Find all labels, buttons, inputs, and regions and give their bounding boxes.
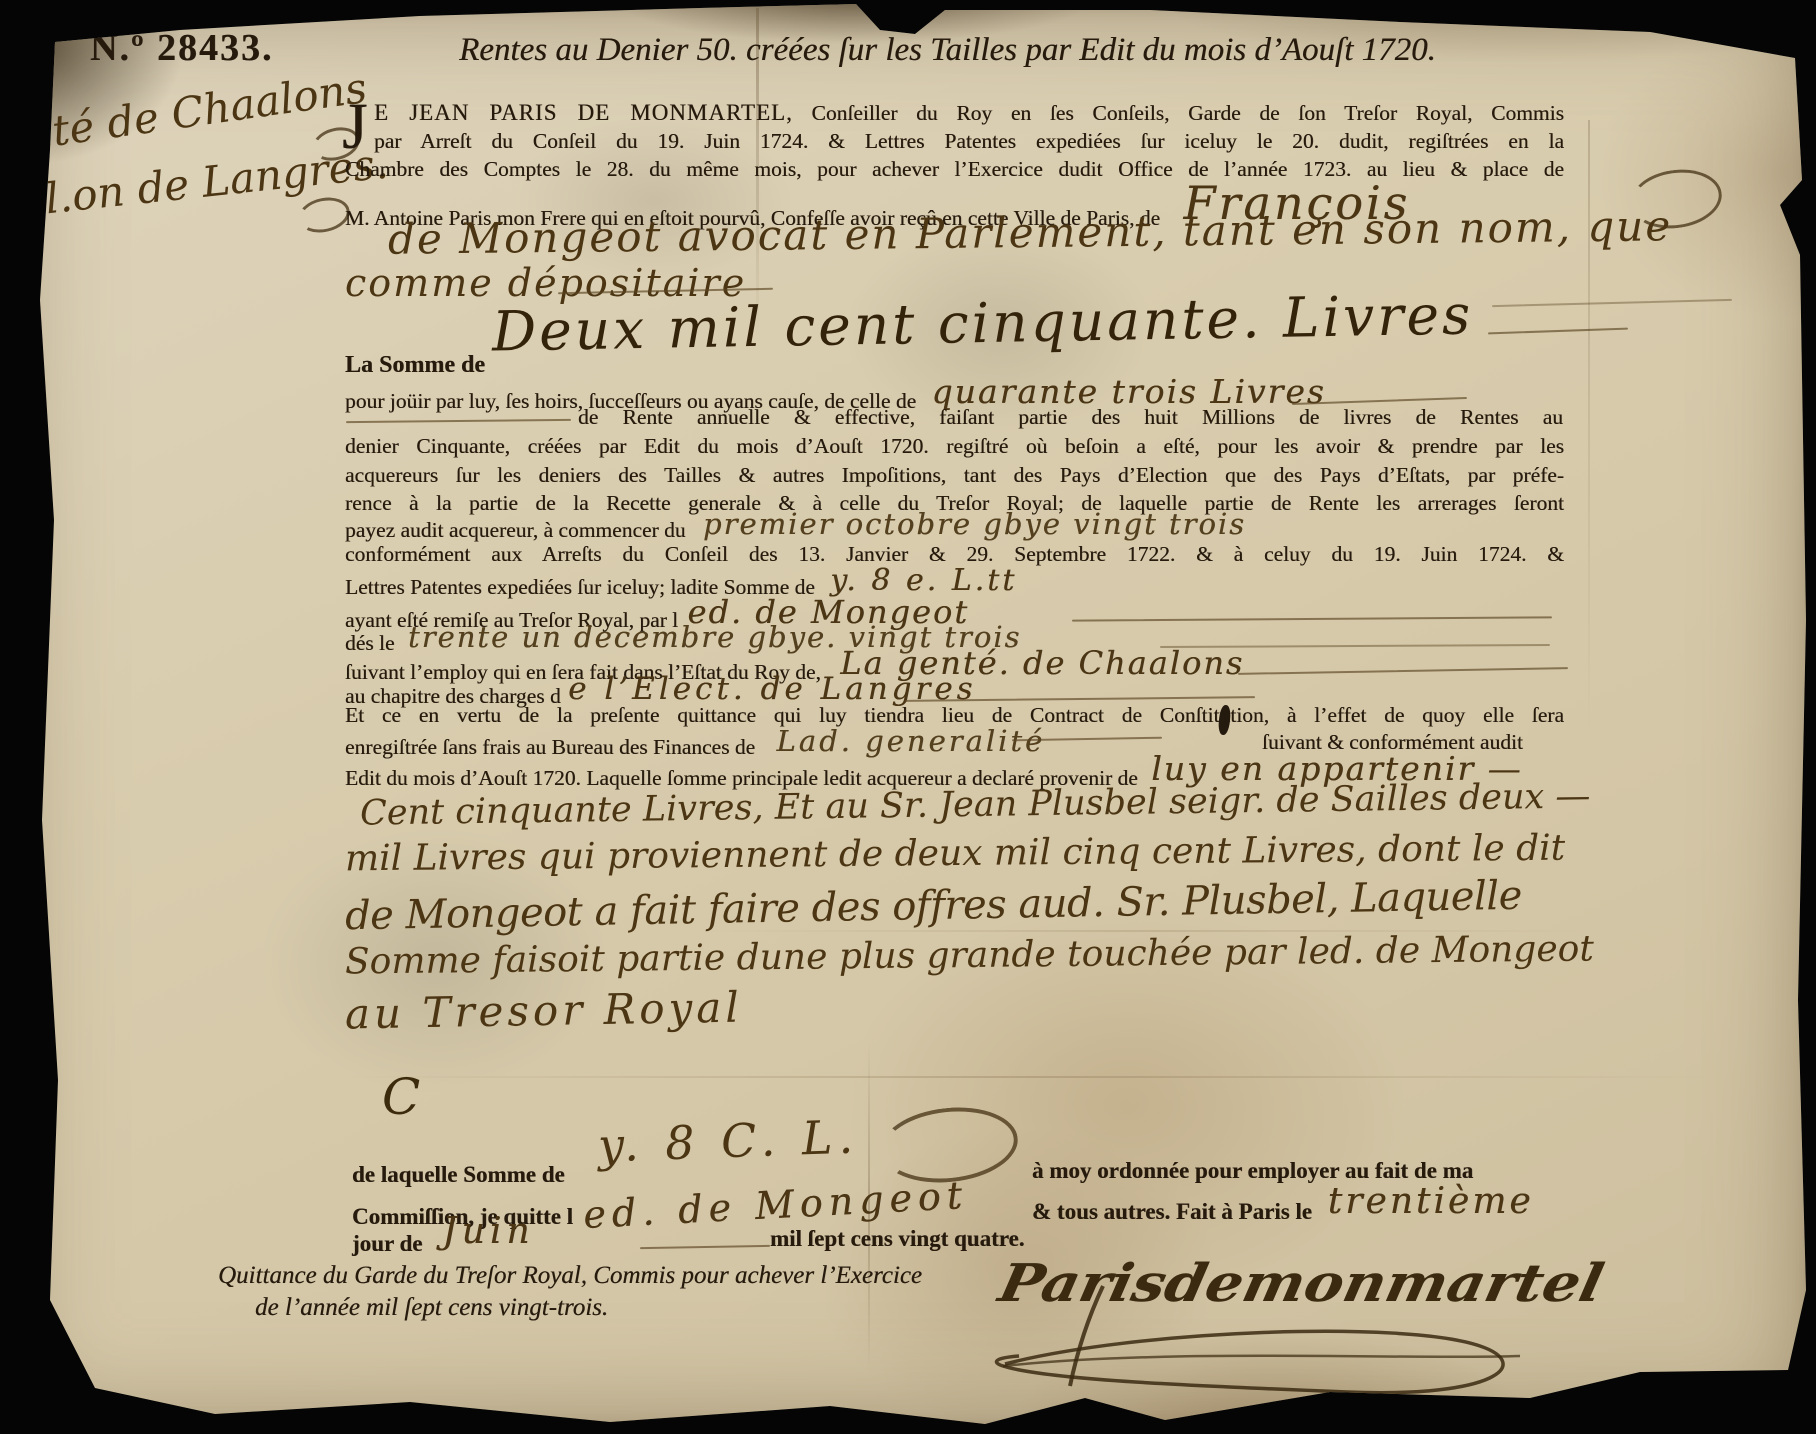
paragraph2-line3: acquereurs ſur les deniers des Tailles &… (345, 463, 1564, 488)
handwritten-stray-mark: C (382, 1072, 420, 1122)
paragraph2-line5-printed: payez audit acquereur, à commencer du (345, 518, 686, 542)
paragraph2-line5: payez audit acquereur, à commencer du pr… (345, 513, 1246, 543)
closing-left-line3: jour de Juin (352, 1222, 535, 1258)
drop-cap-initial: J (342, 94, 368, 160)
paragraph1-line1-rest: Conſeiller du Roy en ſes Conſeils, Garde… (793, 101, 1564, 125)
footer-line2: de l’année mil ſept cens vingt-trois. (255, 1294, 608, 1322)
paragraph1-line2: par Arreſt du Conſeil du 19. Juin 1724. … (374, 129, 1564, 154)
paragraph2-line13-handwritten: Lad. generalité (777, 727, 1046, 756)
closing-right-line2-printed: & tous autres. Fait à Paris le (1032, 1199, 1312, 1224)
paragraph2-line13-printed: enregiſtrée ſans frais au Bureau des Fin… (345, 735, 755, 759)
ink-rule (1492, 299, 1732, 307)
footer-line1: Quittance du Garde du Treſor Royal, Comm… (218, 1262, 922, 1290)
closing-month-handwritten: Juin (442, 1214, 534, 1250)
closing-year-printed: mil ſept cens vingt quatre. (770, 1226, 1024, 1252)
paragraph1-line1-caps: E JEAN PARIS DE MONMARTEL, (374, 100, 793, 125)
signature-flourish (975, 1268, 1565, 1433)
ink-rule (346, 419, 571, 423)
handwritten-intro-line1: de Mongeot avocat en Parlement, tant en … (388, 205, 1673, 260)
paragraph2-line7-handwritten: y. 8 e. L.tt (830, 566, 1017, 596)
handwritten-body-line3: de Mongeot a fait faire des offres aud. … (345, 876, 1522, 937)
enjoy-handwritten: quarante trois Livres (932, 375, 1326, 408)
closing-right-line2: & tous autres. Fait à Paris le trentième (1032, 1190, 1534, 1226)
closing-day-handwritten: trentième (1328, 1184, 1534, 1220)
closing-left-line3-printed: jour de (352, 1231, 423, 1256)
document-title: Rentes au Denier 50. créées ſur les Tail… (350, 32, 1545, 69)
handwritten-body-line5: au Tresor Royal (345, 987, 743, 1036)
paragraph2-line2: denier Cinquante, créées par Edit du moi… (345, 434, 1564, 459)
ink-rule (1072, 616, 1552, 621)
ink-rule (640, 1245, 770, 1249)
document-number: N.º 28433. (90, 26, 274, 70)
handwritten-body-line4: Somme faisoit partie dune plus grande to… (345, 931, 1594, 980)
closing-left-line1: de laquelle Somme de (352, 1162, 565, 1188)
sum-label: La Somme de (345, 352, 485, 379)
parchment-document: N.º 28433. Rentes au Denier 50. créées ſ… (0, 0, 1816, 1434)
paragraph1-line1: E JEAN PARIS DE MONMARTEL, Conſeiller du… (374, 100, 1564, 126)
paragraph2-line5-handwritten: premier octobre gbye vingt trois (703, 510, 1246, 539)
paragraph2-line13: enregiſtrée ſans frais au Bureau des Fin… (345, 730, 1045, 760)
photograph-background: N.º 28433. Rentes au Denier 50. créées ſ… (0, 0, 1816, 1434)
ink-rule (1488, 328, 1628, 335)
fold-crease (340, 1076, 1720, 1078)
closing-sum-handwritten: y. 8 C. L. (597, 1113, 859, 1168)
sum-amount-handwritten: Deux mil cent cinquante. Livres (492, 287, 1474, 359)
paragraph2-line1: de Rente annuelle & effective, faiſant p… (578, 405, 1563, 430)
handwritten-body-line2: mil Livres qui proviennent de deux mil c… (345, 831, 1565, 878)
ink-rule (1238, 667, 1568, 675)
